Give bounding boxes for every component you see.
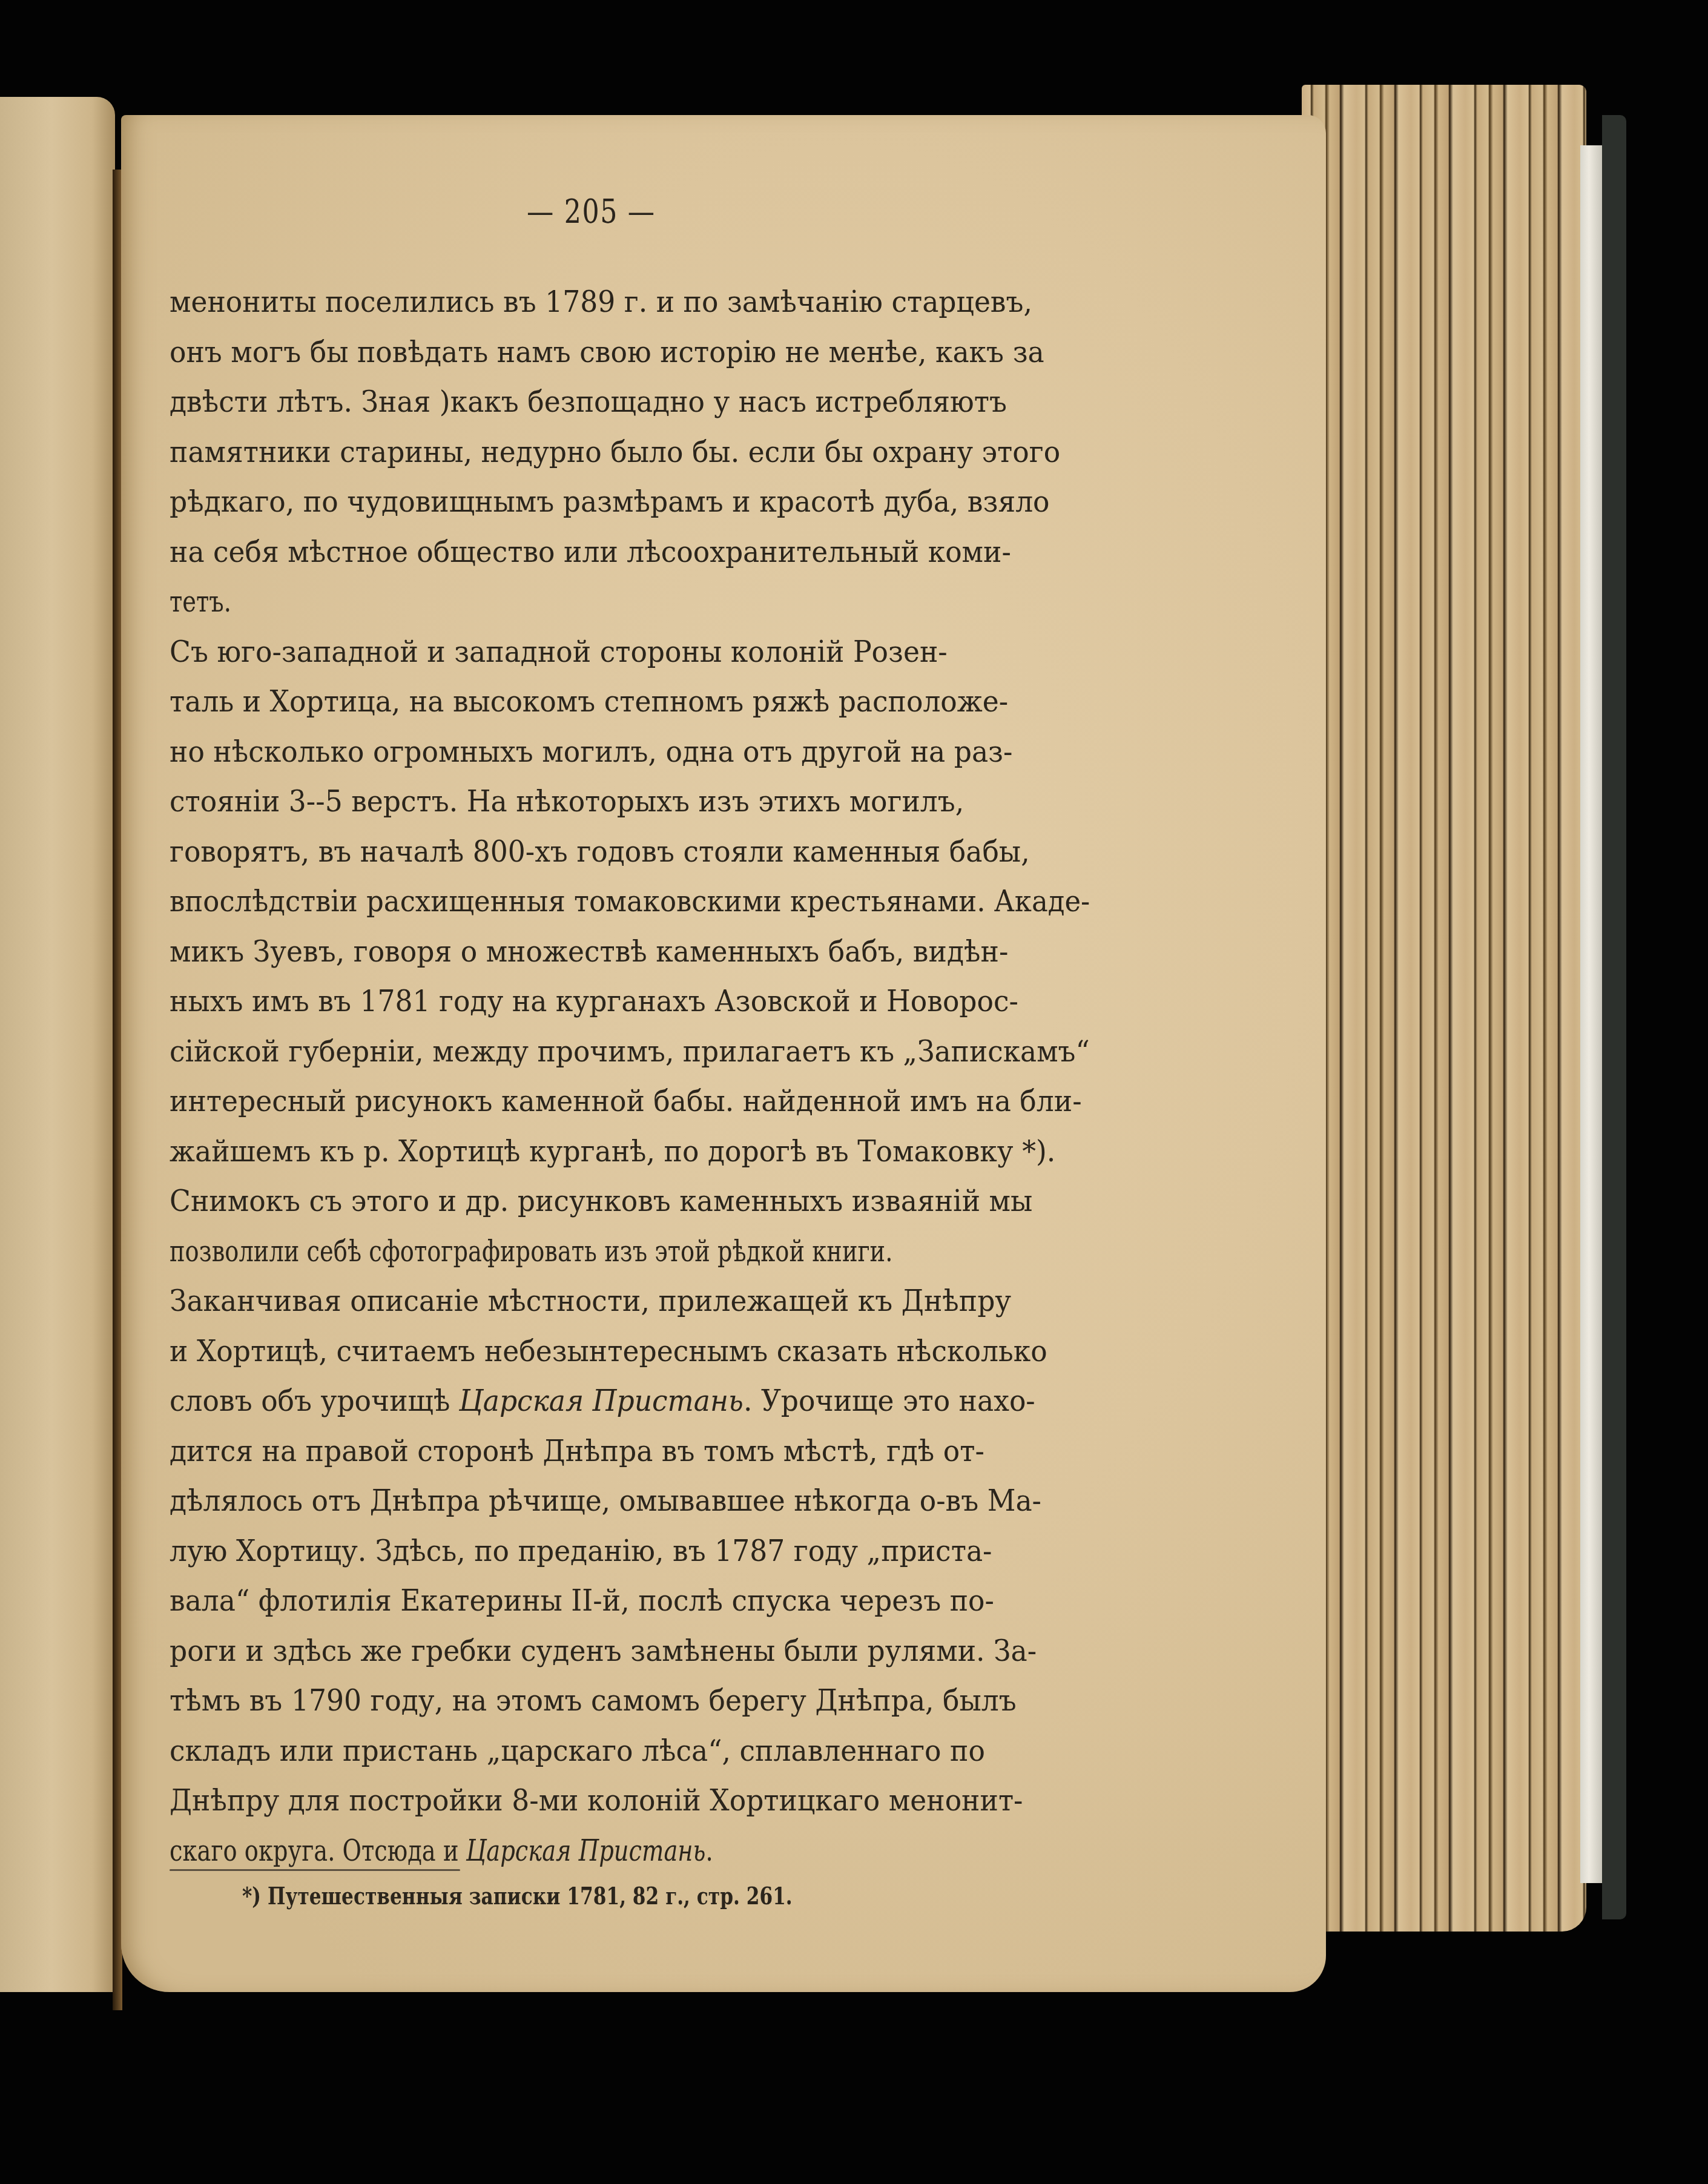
text-line: тѣмъ въ 1790 году, на этомъ самомъ берег…	[170, 1686, 1017, 1715]
endpaper-edge	[1580, 145, 1602, 1883]
text-line: говорятъ, въ началѣ 800-хъ годовъ стояли…	[170, 837, 1030, 866]
text-line: жайшемъ къ р. Хортицѣ курганѣ, по дорогѣ…	[170, 1137, 1055, 1166]
text-line: дѣлялось отъ Днѣпра рѣчище, омывавшее нѣ…	[170, 1486, 1041, 1516]
text-line: лую Хортицу. Здѣсь, по преданію, въ 1787…	[170, 1537, 992, 1566]
text-line: ныхъ имъ въ 1781 году на курганахъ Азовс…	[170, 987, 1018, 1016]
text-line: и Хортицѣ, считаемъ небезынтереснымъ ска…	[170, 1337, 1047, 1366]
page-number: — 205 —	[527, 193, 656, 231]
footnote-divider	[170, 1869, 460, 1871]
text-line: Днѣпру для постройки 8-ми колоній Хортиц…	[170, 1786, 1023, 1815]
text-line: Снимокъ съ этого и др. рисунковъ каменны…	[170, 1187, 1032, 1216]
text-line: Заканчивая описаніе мѣстности, прилежаще…	[170, 1287, 1011, 1316]
text-line: тетъ.	[170, 587, 231, 616]
text-line: микъ Зуевъ, говоря о множествѣ каменныхъ…	[170, 937, 1008, 966]
text-line: интересный рисунокъ каменной бабы. найде…	[170, 1087, 1082, 1116]
text-line: словъ объ урочищѣ Царская Пристань. Уроч…	[170, 1387, 1035, 1416]
text-line: дится на правой сторонѣ Днѣпра въ томъ м…	[170, 1437, 984, 1466]
italic-place-name: Царская Пристань	[459, 1384, 744, 1418]
page-fore-edge-stack	[1302, 85, 1586, 1932]
text-line: таль и Хортица, на высокомъ степномъ ряж…	[170, 687, 1008, 716]
book-cover-edge	[1602, 115, 1626, 1919]
text-line: скаго округа. Отсюда и Царская Пристань.	[170, 1836, 713, 1866]
text-line: памятники старины, недурно было бы. если…	[170, 438, 1060, 467]
text-line: роги и здѣсь же гребки суденъ замѣнены б…	[170, 1637, 1037, 1666]
italic-place-name: Царская Пристань	[466, 1834, 706, 1868]
text-line: Съ юго-западной и западной стороны колон…	[170, 638, 948, 667]
text-line: онъ могъ бы повѣдать намъ свою исторію н…	[170, 338, 1044, 367]
footnote: *) Путешественныя записки 1781, 82 г., с…	[242, 1882, 793, 1910]
text-line: вала“ флотилія Екатерины II-й, послѣ спу…	[170, 1586, 994, 1615]
text-line: позволили себѣ сфотографировать изъ этой…	[170, 1237, 892, 1266]
text-line: сійской губерніи, между прочимъ, прилага…	[170, 1037, 1090, 1066]
text-line: складъ или пристань „царскаго лѣса“, спл…	[170, 1737, 985, 1766]
text-line: впослѣдствіи расхищенныя томаковскими кр…	[170, 887, 1090, 916]
text-line: рѣдкаго, по чудовищнымъ размѣрамъ и крас…	[170, 487, 1050, 516]
text-line: но нѣсколько огромныхъ могилъ, одна отъ …	[170, 737, 1012, 767]
text-line: стояніи 3--5 верстъ. На нѣкоторыхъ изъ э…	[170, 787, 964, 816]
facing-left-page	[0, 97, 115, 1992]
text-line: менониты поселились въ 1789 г. и по замѣ…	[170, 288, 1032, 317]
text-line: двѣсти лѣтъ. Зная )какъ безпощадно у нас…	[170, 388, 1007, 417]
text-line: на себя мѣстное общество или лѣсоохранит…	[170, 538, 1011, 567]
